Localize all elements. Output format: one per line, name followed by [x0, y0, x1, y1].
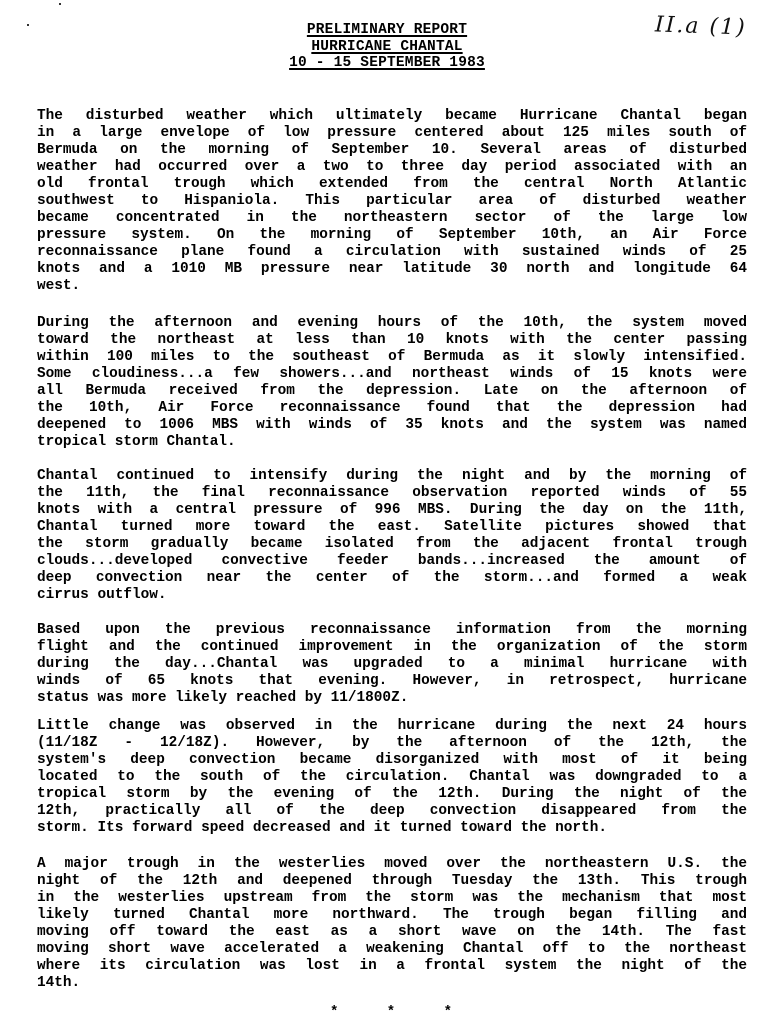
text-line: Some cloudiness...a few showers...and no… [37, 366, 747, 383]
paragraph: During the afternoon and evening hours o… [37, 315, 747, 451]
text-line: where its circulation was lost in a fron… [37, 958, 747, 975]
text-line: Chantal turned more toward the east. Sat… [37, 519, 747, 536]
text-line: located to the south of the circulation.… [37, 769, 747, 786]
text-line: all Bermuda received from the depression… [37, 383, 747, 400]
text-line: within 100 miles to the southeast of Ber… [37, 349, 747, 366]
text-line: A major trough in the westerlies moved o… [37, 856, 747, 873]
text-line: the 10th, Air Force reconnaissance found… [37, 400, 747, 417]
text-line: reconnaissance plane found a circulation… [37, 244, 747, 261]
text-line: in the westerlies upstream from the stor… [37, 890, 747, 907]
paragraph: The disturbed weather which ultimately b… [37, 108, 747, 295]
document-page: PRELIMINARY REPORT HURRICANE CHANTAL 10 … [0, 0, 782, 1021]
text-line: the storm gradually became isolated from… [37, 536, 747, 553]
text-line: the 11th, the final reconnaissance obser… [37, 485, 747, 502]
text-line: deepened to 1006 MBS with winds of 35 kn… [37, 417, 747, 434]
text-line: (11/18Z - 12/18Z). However, by the after… [37, 735, 747, 752]
text-line: Little change was observed in the hurric… [37, 718, 747, 735]
text-line: tropical storm by the evening of the 12t… [37, 786, 747, 803]
text-line: in a large envelope of low pressure cent… [37, 125, 747, 142]
text-line: tropical storm Chantal. [37, 434, 747, 451]
text-line: Chantal continued to intensify during th… [37, 468, 747, 485]
text-line: knots with a central pressure of 996 MBS… [37, 502, 747, 519]
text-line: cirrus outflow. [37, 587, 747, 604]
text-line: became concentrated in the northeastern … [37, 210, 747, 227]
text-line: system's deep convection became disorgan… [37, 752, 747, 769]
text-line: The disturbed weather which ultimately b… [37, 108, 747, 125]
text-line: 14th. [37, 975, 747, 992]
text-line: winds of 65 knots that evening. However,… [37, 673, 747, 690]
paragraph: Little change was observed in the hurric… [37, 718, 747, 837]
text-line: old frontal trough which extended from t… [37, 176, 747, 193]
text-line: storm. Its forward speed decreased and i… [37, 820, 747, 837]
text-line: southwest to Hispaniola. This particular… [37, 193, 747, 210]
paragraph: Based upon the previous reconnaissance i… [37, 622, 747, 707]
text-line: During the afternoon and evening hours o… [37, 315, 747, 332]
text-line: west. [37, 278, 747, 295]
text-line: deep convection near the center of the s… [37, 570, 747, 587]
text-line: night of the 12th and deepened through T… [37, 873, 747, 890]
text-line: pressure system. On the morning of Septe… [37, 227, 747, 244]
text-line: moving short wave accelerated a weakenin… [37, 941, 747, 958]
text-line: Bermuda on the morning of September 10. … [37, 142, 747, 159]
text-line: during the day...Chantal was upgraded to… [37, 656, 747, 673]
text-line: flight and the continued improvement in … [37, 639, 747, 656]
text-line: weather had occurred over a two to three… [37, 159, 747, 176]
text-line: likely turned Chantal more northward. Th… [37, 907, 747, 924]
text-line: Based upon the previous reconnaissance i… [37, 622, 747, 639]
storm-name: HURRICANE CHANTAL [0, 39, 782, 56]
handwritten-section-label: II.a (1) [655, 12, 747, 40]
end-separator: * * * [10, 1004, 782, 1020]
scan-speck [59, 3, 61, 5]
report-dates: 10 - 15 SEPTEMBER 1983 [0, 55, 782, 72]
text-line: clouds...developed convective feeder ban… [37, 553, 747, 570]
paragraph: Chantal continued to intensify during th… [37, 468, 747, 604]
paragraph: A major trough in the westerlies moved o… [37, 856, 747, 992]
text-line: toward the northeast at less than 10 kno… [37, 332, 747, 349]
text-line: 12th, practically all of the deep convec… [37, 803, 747, 820]
text-line: knots and a 1010 MB pressure near latitu… [37, 261, 747, 278]
text-line: status was more likely reached by 11/180… [37, 690, 747, 707]
text-line: moving off toward the east as a short wa… [37, 924, 747, 941]
